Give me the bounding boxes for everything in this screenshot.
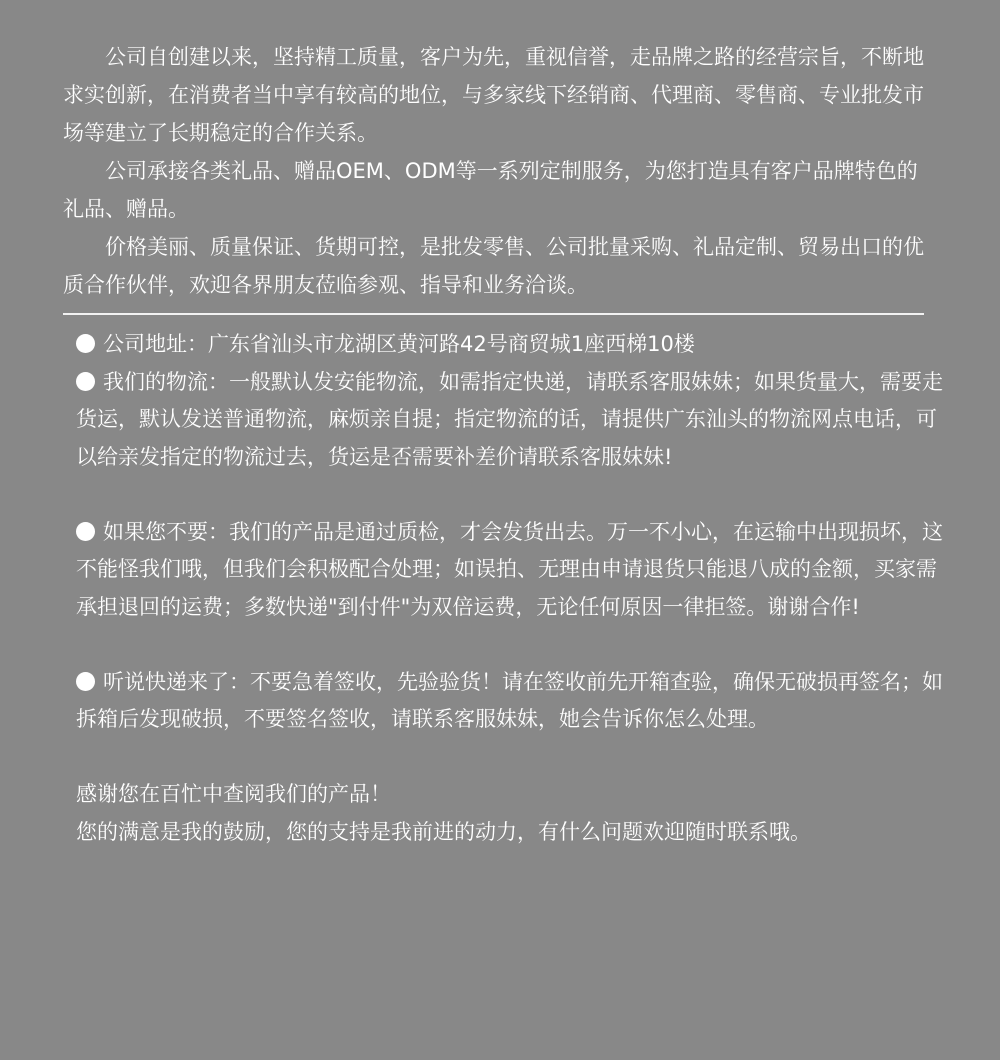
store-info: 公司地址：广东省汕头市龙湖区黄河路42号商贸城1座西梯10楼 我们的物流：一般默…	[76, 326, 956, 851]
company-intro: 公司自创建以来，坚持精工质量，客户为先，重视信誉，走品牌之路的经营宗旨，不断地求…	[63, 38, 933, 304]
intro-paragraph-2: 公司承接各类礼品、赠品OEM、ODM等一系列定制服务，为您打造具有客户品牌特色的…	[63, 152, 933, 228]
spacer	[76, 626, 956, 664]
delivery-item: 听说快递来了：不要急着签收，先验验货！请在签收前先开箱查验，确保无破损再签名；如…	[76, 664, 956, 739]
divider-line	[63, 313, 924, 315]
address-item: 公司地址：广东省汕头市龙湖区黄河路42号商贸城1座西梯10楼	[76, 326, 956, 364]
thanks-line-2: 您的满意是我的鼓励，您的支持是我前进的动力，有什么问题欢迎随时联系哦。	[76, 814, 956, 852]
intro-paragraph-1: 公司自创建以来，坚持精工质量，客户为先，重视信誉，走品牌之路的经营宗旨，不断地求…	[63, 38, 933, 152]
spacer	[76, 739, 956, 777]
logistics-item: 我们的物流：一般默认发安能物流，如需指定快递，请联系客服妹妹；如果货量大，需要走…	[76, 364, 956, 477]
thanks-line-1: 感谢您在百忙中查阅我们的产品！	[76, 776, 956, 814]
spacer	[76, 476, 956, 514]
intro-paragraph-3: 价格美丽、质量保证、货期可控，是批发零售、公司批量采购、礼品定制、贸易出口的优质…	[63, 228, 933, 304]
returns-item: 如果您不要：我们的产品是通过质检，才会发货出去。万一不小心，在运输中出现损坏，这…	[76, 514, 956, 627]
